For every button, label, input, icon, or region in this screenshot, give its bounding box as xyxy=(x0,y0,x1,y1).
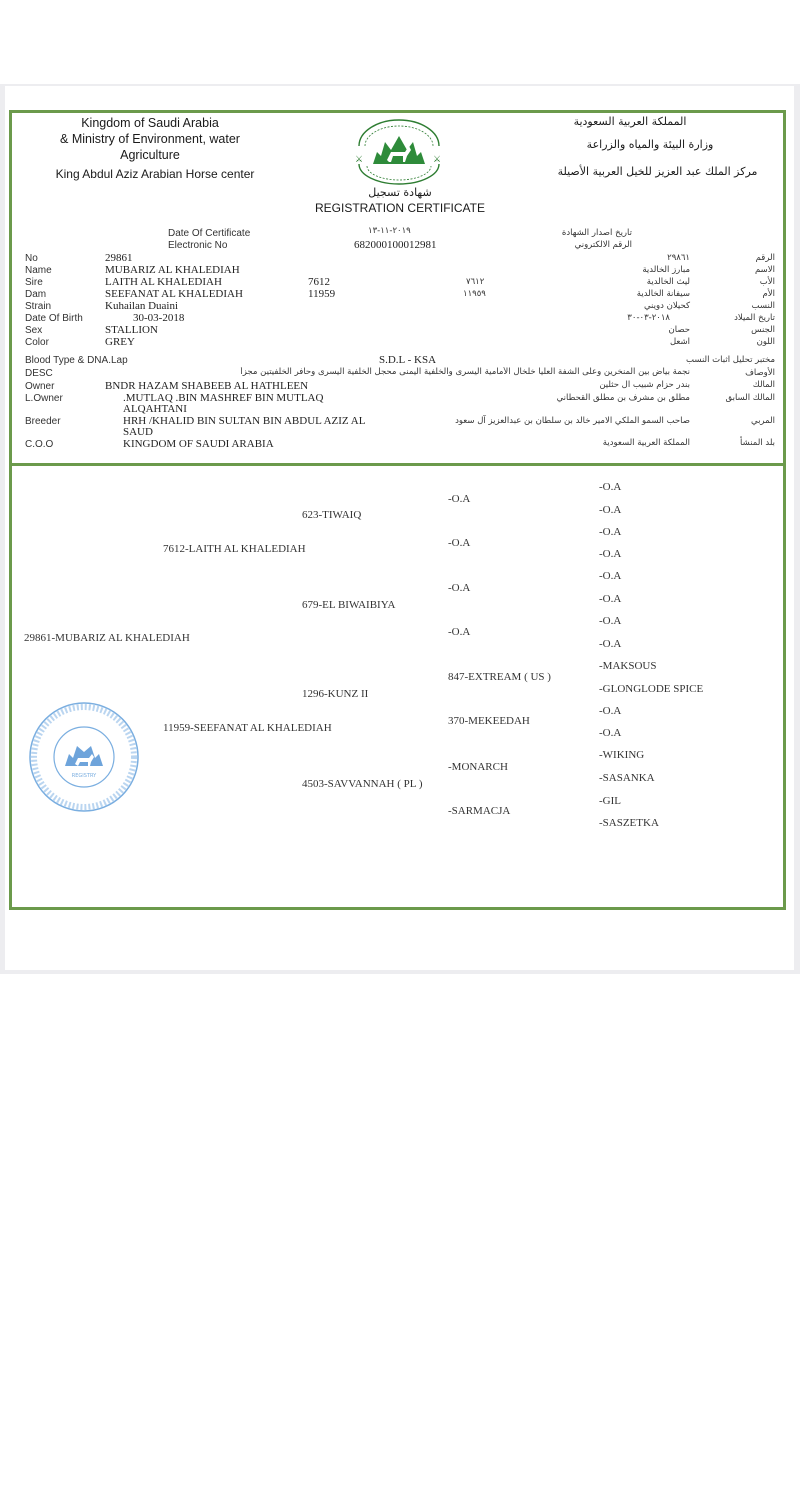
title-ar: شهادة تسجيل xyxy=(340,186,460,199)
svg-text:⚔: ⚔ xyxy=(355,155,363,165)
breeder-value-line2: SAUD xyxy=(123,426,153,438)
strain-value: Kuhailan Duaini xyxy=(105,300,178,312)
color-label: Color xyxy=(25,337,49,348)
pedigree-gen2-item: 1296-KUNZ II xyxy=(302,688,368,700)
lowner-value-ar: مطلق بن مشرف بن مطلق القحطاني xyxy=(540,393,690,403)
owner-label-ar: المالك xyxy=(700,380,775,390)
pedigree-gen4-item: -O.A xyxy=(599,481,621,493)
sex-label-ar: الجنس xyxy=(700,325,775,335)
header-en-line1: Kingdom of Saudi Arabia xyxy=(20,115,280,131)
sire-value: LAITH AL KHALEDIAH xyxy=(105,276,222,288)
sex-value: STALLION xyxy=(105,324,158,336)
pedigree-gen4-item: -O.A xyxy=(599,615,621,627)
pedigree-gen4-item: -WIKING xyxy=(599,749,644,761)
no-label-ar: الرقم xyxy=(700,253,775,263)
sire-value-ar: ليث الخالدية xyxy=(600,277,690,287)
blood-type-label: Blood Type & DNA.Lap xyxy=(25,355,128,366)
name-label: Name xyxy=(25,265,52,276)
dam-label-ar: الأم xyxy=(700,289,775,299)
pedigree-dam: 11959-SEEFANAT AL KHALEDIAH xyxy=(163,722,332,734)
desc-label: DESC xyxy=(25,368,53,379)
svg-text:REGISTRY: REGISTRY xyxy=(72,773,97,779)
date-value: ٢٠١٩-١١-١٣ xyxy=(368,226,411,236)
lowner-value-line2: ALQAHTANI xyxy=(123,403,187,415)
pedigree-gen2-item: 4503-SAVVANNAH ( PL ) xyxy=(302,778,423,790)
coo-value: KINGDOM OF SAUDI ARABIA xyxy=(123,438,274,450)
no-value-ar: ٢٩٨٦١ xyxy=(600,253,690,263)
owner-value: BNDR HAZAM SHABEEB AL HATHLEEN xyxy=(105,380,308,392)
pedigree-gen3-item: -O.A xyxy=(448,626,470,638)
sire-number-ar: ٧٦١٢ xyxy=(466,277,484,287)
blood-type-value: S.D.L - KSA xyxy=(379,354,436,366)
header-ar-line1: المملكة العربية السعودية xyxy=(540,115,720,128)
header-en-line4: King Abdul Aziz Arabian Horse center xyxy=(20,166,290,182)
breeder-value-ar: صاحب السمو الملكي الامير خالد بن سلطان ب… xyxy=(430,416,690,426)
owner-label: Owner xyxy=(25,381,54,392)
name-label-ar: الاسم xyxy=(700,265,775,275)
name-value: MUBARIZ AL KHALEDIAH xyxy=(105,264,240,276)
pedigree-gen3-item: -O.A xyxy=(448,493,470,505)
dam-label: Dam xyxy=(25,289,46,300)
header-ar-line3: مركز الملك عبد العزيز للخيل العربية الأص… xyxy=(545,165,770,178)
electronic-value: 682000100012981 xyxy=(354,239,437,251)
electronic-label-ar: الرقم الالكتروني xyxy=(540,240,632,250)
pedigree-gen4-item: -SASZETKA xyxy=(599,817,659,829)
pedigree-gen4-item: -O.A xyxy=(599,705,621,717)
strain-label-ar: النسب xyxy=(700,301,775,311)
dam-number-ar: ١١٩٥٩ xyxy=(463,289,486,299)
strain-value-ar: كحيلان دويني xyxy=(600,301,690,311)
pedigree-gen4-item: -O.A xyxy=(599,593,621,605)
coo-label-ar: بلد المنشأ xyxy=(700,438,775,448)
breeder-label: Breeder xyxy=(25,416,61,427)
dob-value: 30-03-2018 xyxy=(133,312,184,324)
pedigree-gen4-item: -MAKSOUS xyxy=(599,660,656,672)
horse-emblem-icon: ⚔ ⚔ xyxy=(347,116,451,190)
pedigree-gen4-item: -O.A xyxy=(599,727,621,739)
page-title: REGISTRATION CERTIFICATE xyxy=(300,201,500,215)
dob-label-ar: تاريخ الميلاد xyxy=(700,313,775,323)
electronic-label: Electronic No xyxy=(168,240,227,251)
breeder-label-ar: المربي xyxy=(700,416,775,426)
sex-label: Sex xyxy=(25,325,42,336)
owner-value-ar: بندر حزام شبيب ال حثلين xyxy=(560,380,690,390)
color-label-ar: اللون xyxy=(700,337,775,347)
coo-value-ar: المملكة العربية السعودية xyxy=(560,438,690,448)
pedigree-subject: 29861-MUBARIZ AL KHALEDIAH xyxy=(24,632,190,644)
sire-label: Sire xyxy=(25,277,43,288)
header-en-line2: & Ministry of Environment, water xyxy=(20,131,280,147)
dam-number: 11959 xyxy=(308,288,335,300)
pedigree-gen4-item: -GIL xyxy=(599,795,621,807)
pedigree-gen3-item: -SARMACJA xyxy=(448,805,510,817)
pedigree-gen4-item: -O.A xyxy=(599,638,621,650)
desc-label-ar: الأوصاف xyxy=(700,368,775,378)
dam-value-ar: سيفانة الخالدية xyxy=(600,289,690,299)
section-divider xyxy=(9,463,786,466)
pedigree-gen4-item: -O.A xyxy=(599,570,621,582)
desc-value-ar: نجمة بياض بين المنخرين وعلى الشفة العليا… xyxy=(170,367,690,377)
coo-label: C.O.O xyxy=(25,439,53,450)
pedigree-gen3-item: -O.A xyxy=(448,537,470,549)
pedigree-gen2-item: 623-TIWAIQ xyxy=(302,509,361,521)
color-value-ar: اشعل xyxy=(600,337,690,347)
pedigree-gen4-item: -O.A xyxy=(599,504,621,516)
pedigree-gen3-item: -MONARCH xyxy=(448,761,508,773)
name-value-ar: مبارز الخالدية xyxy=(600,265,690,275)
pedigree-gen4-item: -O.A xyxy=(599,526,621,538)
no-value: 29861 xyxy=(105,252,133,264)
date-label-ar: تاريخ اصدار الشهادة xyxy=(540,228,632,238)
dam-value: SEEFANAT AL KHALEDIAH xyxy=(105,288,243,300)
pedigree-gen3-item: 847-EXTREAM ( US ) xyxy=(448,671,551,683)
header-en-line3: Agriculture xyxy=(20,147,280,163)
pedigree-sire: 7612-LAITH AL KHALEDIAH xyxy=(163,543,306,555)
registry-stamp-icon: REGISTRY xyxy=(27,702,141,812)
blood-type-label-ar: مختبر تحليل اثبات النسب xyxy=(660,355,775,365)
sire-label-ar: الأب xyxy=(700,277,775,287)
pedigree-gen4-item: -O.A xyxy=(599,548,621,560)
pedigree-gen3-item: 370-MEKEEDAH xyxy=(448,715,530,727)
lowner-label: L.Owner xyxy=(25,393,63,404)
color-value: GREY xyxy=(105,336,135,348)
svg-text:⚔: ⚔ xyxy=(433,155,441,165)
header-ar-line2: وزارة البيئة والمياه والزراعة xyxy=(560,138,740,151)
pedigree-gen2-item: 679-EL BIWAIBIYA xyxy=(302,599,395,611)
no-label: No xyxy=(25,253,38,264)
dob-value-ar: ٢٠١٨-٠٣-٣٠ xyxy=(590,313,670,323)
lowner-label-ar: المالك السابق xyxy=(700,393,775,403)
strain-label: Strain xyxy=(25,301,51,312)
breeder-value-line1: HRH /KHALID BIN SULTAN BIN ABDUL AZIZ AL xyxy=(123,415,365,427)
dob-label: Date Of Birth xyxy=(25,313,83,324)
pedigree-gen3-item: -O.A xyxy=(448,582,470,594)
sex-value-ar: حصان xyxy=(600,325,690,335)
pedigree-gen4-item: -SASANKA xyxy=(599,772,655,784)
date-label: Date Of Certificate xyxy=(168,228,250,239)
pedigree-gen4-item: -GLONGLODE SPICE xyxy=(599,683,703,695)
sire-number: 7612 xyxy=(308,276,330,288)
